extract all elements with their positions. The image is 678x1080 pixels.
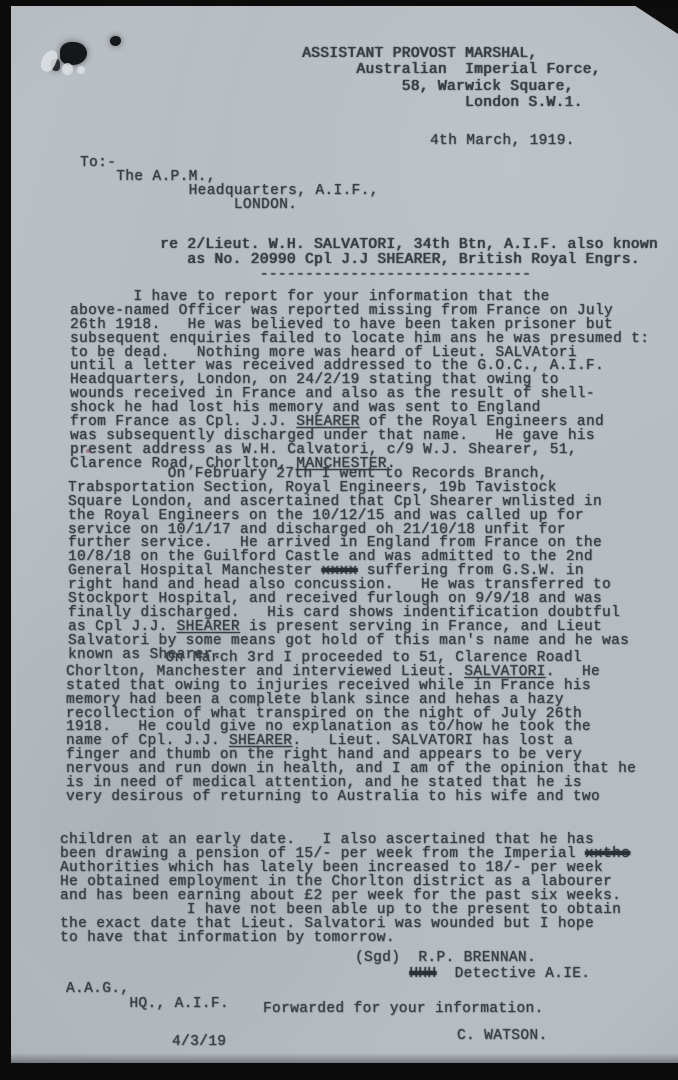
text-line: To:- [80, 156, 379, 170]
text-line: Australian Imperial Force, [302, 62, 601, 78]
paragraph-2: On February 27th I went to Records Branc… [68, 468, 629, 662]
paragraph-4: I have not been able up to the present t… [60, 904, 621, 946]
subject-line: re 2/Lieut. W.H. SALVATORI, 34th Btn, A.… [160, 238, 658, 284]
paragraph-3-continued: children at an early date. I also ascert… [60, 834, 630, 903]
text-line: ASSISTANT PROVOST MARSHAL, [302, 46, 601, 62]
recipient-block: To:- The A.P.M., Headquarters, A.I.F., L… [80, 156, 379, 212]
text-line: re 2/Lieut. W.H. SALVATORI, 34th Btn, A.… [160, 238, 658, 253]
text-line: LONDON. [80, 198, 379, 212]
text-line: (Sgd) R.P. BRENNAN. [355, 950, 590, 966]
document-page: ASSISTANT PROVOST MARSHAL, Australian Im… [11, 6, 678, 1063]
text-line: as No. 20990 Cpl J.J SHEARER, British Ro… [160, 253, 658, 268]
paper-tear [62, 63, 73, 75]
text-line: very desirous of returning to Australia … [66, 791, 636, 805]
text-line: HHH Detective A.IE. [355, 966, 590, 982]
text-line: A.A.G., [66, 982, 229, 997]
signature-block: (Sgd) R.P. BRENNAN. HHH Detective A.IE. [355, 950, 590, 983]
date-line: 4th March, 1919. [430, 133, 575, 149]
forward-note: Forwarded for your information. [263, 1001, 544, 1017]
paper-hole [60, 42, 87, 65]
scan-background: ASSISTANT PROVOST MARSHAL, Australian Im… [0, 0, 678, 1080]
reference-block: A.A.G., HQ., A.I.F. [66, 982, 229, 1012]
text-line: Headquarters, A.I.F., [80, 184, 379, 198]
date-stamp: 4/3/19 [172, 1034, 226, 1050]
letterhead: ASSISTANT PROVOST MARSHAL, Australian Im… [302, 46, 601, 111]
paragraph-1: I have to report for your information th… [70, 291, 649, 472]
text-line: The A.P.M., [80, 170, 379, 184]
countersignature: C. WATSON. [457, 1028, 548, 1044]
text-line: London S.W.1. [302, 95, 601, 111]
text-line: ------------------------------ [160, 268, 658, 283]
paragraph-3: On March 3rd I proceeded to 51, Clarence… [66, 652, 636, 805]
paper-hole [110, 36, 121, 46]
text-line: 58, Warwick Square, [302, 79, 601, 95]
paper-tear [77, 66, 85, 74]
corner-tear [626, 6, 678, 34]
text-line: HQ., A.I.F. [66, 997, 229, 1012]
text-line: to have that information by tomorrow. [60, 932, 621, 946]
